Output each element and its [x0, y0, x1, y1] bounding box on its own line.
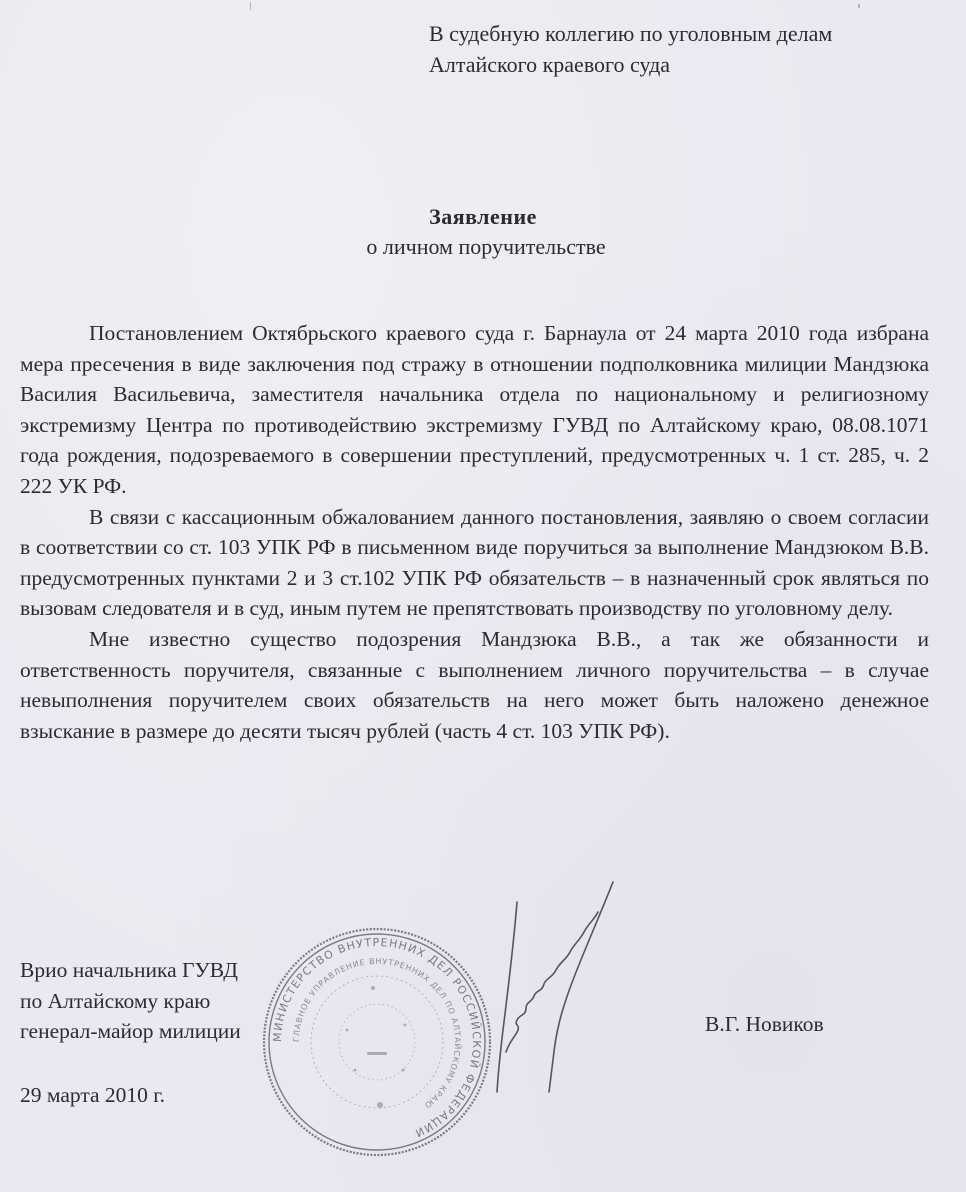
document-page: В судебную коллегию по уголовным делам А…: [0, 0, 966, 1192]
position-line-3: генерал-майор милиции: [20, 1016, 241, 1047]
signatory-position: Врио начальника ГУВД по Алтайскому краю …: [20, 955, 241, 1047]
signatory-name: В.Г. Новиков: [705, 1012, 824, 1037]
document-title: Заявление: [0, 202, 966, 232]
document-date: 29 марта 2010 г.: [20, 1083, 165, 1108]
paragraph-responsibility: Мне известно существо подозрения Мандзюк…: [20, 624, 929, 746]
document-body: Постановлением Октябрьского краевого суд…: [20, 318, 929, 746]
handwritten-signature-icon: [470, 880, 620, 1110]
scan-speck: [858, 4, 860, 8]
position-line-2: по Алтайскому краю: [20, 986, 241, 1017]
document-heading: Заявление о личном поручительстве: [0, 202, 966, 262]
official-stamp-icon: МИНИСТЕРСТВО ВНУТРЕННИХ ДЕЛ РОССИЙСКОЙ Ф…: [255, 920, 500, 1160]
scan-speck: [250, 2, 251, 10]
position-line-1: Врио начальника ГУВД: [20, 955, 241, 986]
document-subtitle: о личном поручительстве: [0, 232, 966, 262]
svg-text:МИНИСТЕРСТВО ВНУТРЕННИХ ДЕЛ РО: МИНИСТЕРСТВО ВНУТРЕННИХ ДЕЛ РОССИЙСКОЙ Ф…: [271, 936, 483, 1140]
addressee-line-1: В судебную коллегию по уголовным делам: [429, 18, 832, 49]
svg-text:ГЛАВНОЕ УПРАВЛЕНИЕ ВНУТРЕННИХ: ГЛАВНОЕ УПРАВЛЕНИЕ ВНУТРЕННИХ ДЕЛ ПО АЛТ…: [292, 957, 464, 1110]
paragraph-resolution: Постановлением Октябрьского краевого суд…: [20, 318, 929, 502]
addressee-line-2: Алтайского краевого суда: [429, 49, 832, 80]
paragraph-guarantee: В связи с кассационным обжалованием данн…: [20, 502, 929, 624]
addressee-block: В судебную коллегию по уголовным делам А…: [429, 18, 832, 80]
